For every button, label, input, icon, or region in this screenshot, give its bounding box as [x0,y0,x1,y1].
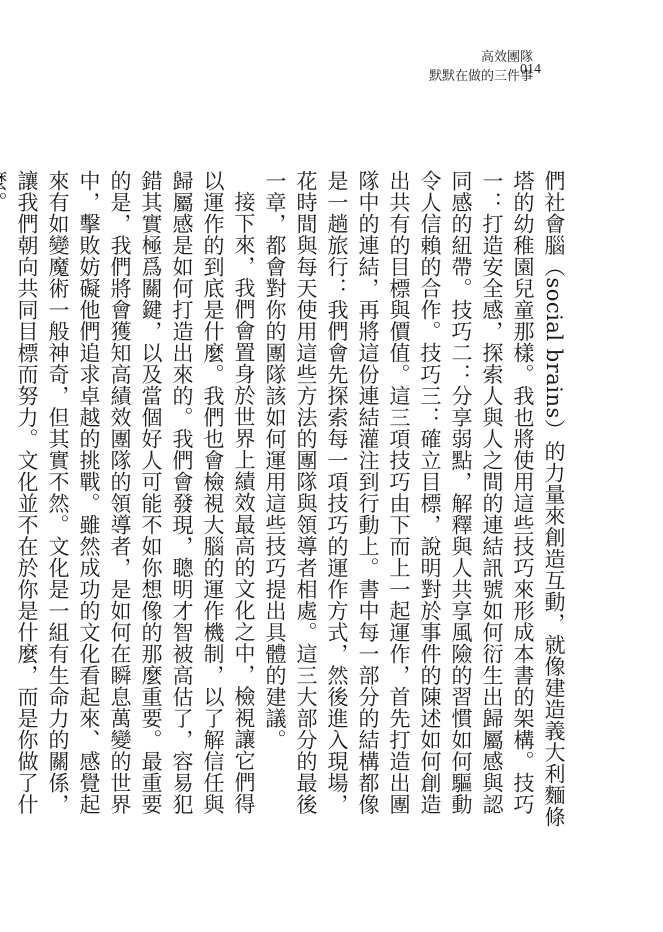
body-text: 們社會腦（social brains）的力量來創造互動，就像建造義大利麵條塔的幼… [0,170,569,830]
running-head: 高效團隊 默默在做的三件事 [429,48,533,86]
chapter-title: 默默在做的三件事 [429,67,533,86]
page-number: 014 [520,62,541,78]
paragraph-2: 接下來，我們會置身於世界上績效最高的文化之中，檢視讓它們得以運作的到底是什麼。我… [0,170,259,830]
paragraph-1: 們社會腦（social brains）的力量來創造互動，就像建造義大利麵條塔的幼… [259,170,569,830]
book-title: 高效團隊 [429,48,533,67]
